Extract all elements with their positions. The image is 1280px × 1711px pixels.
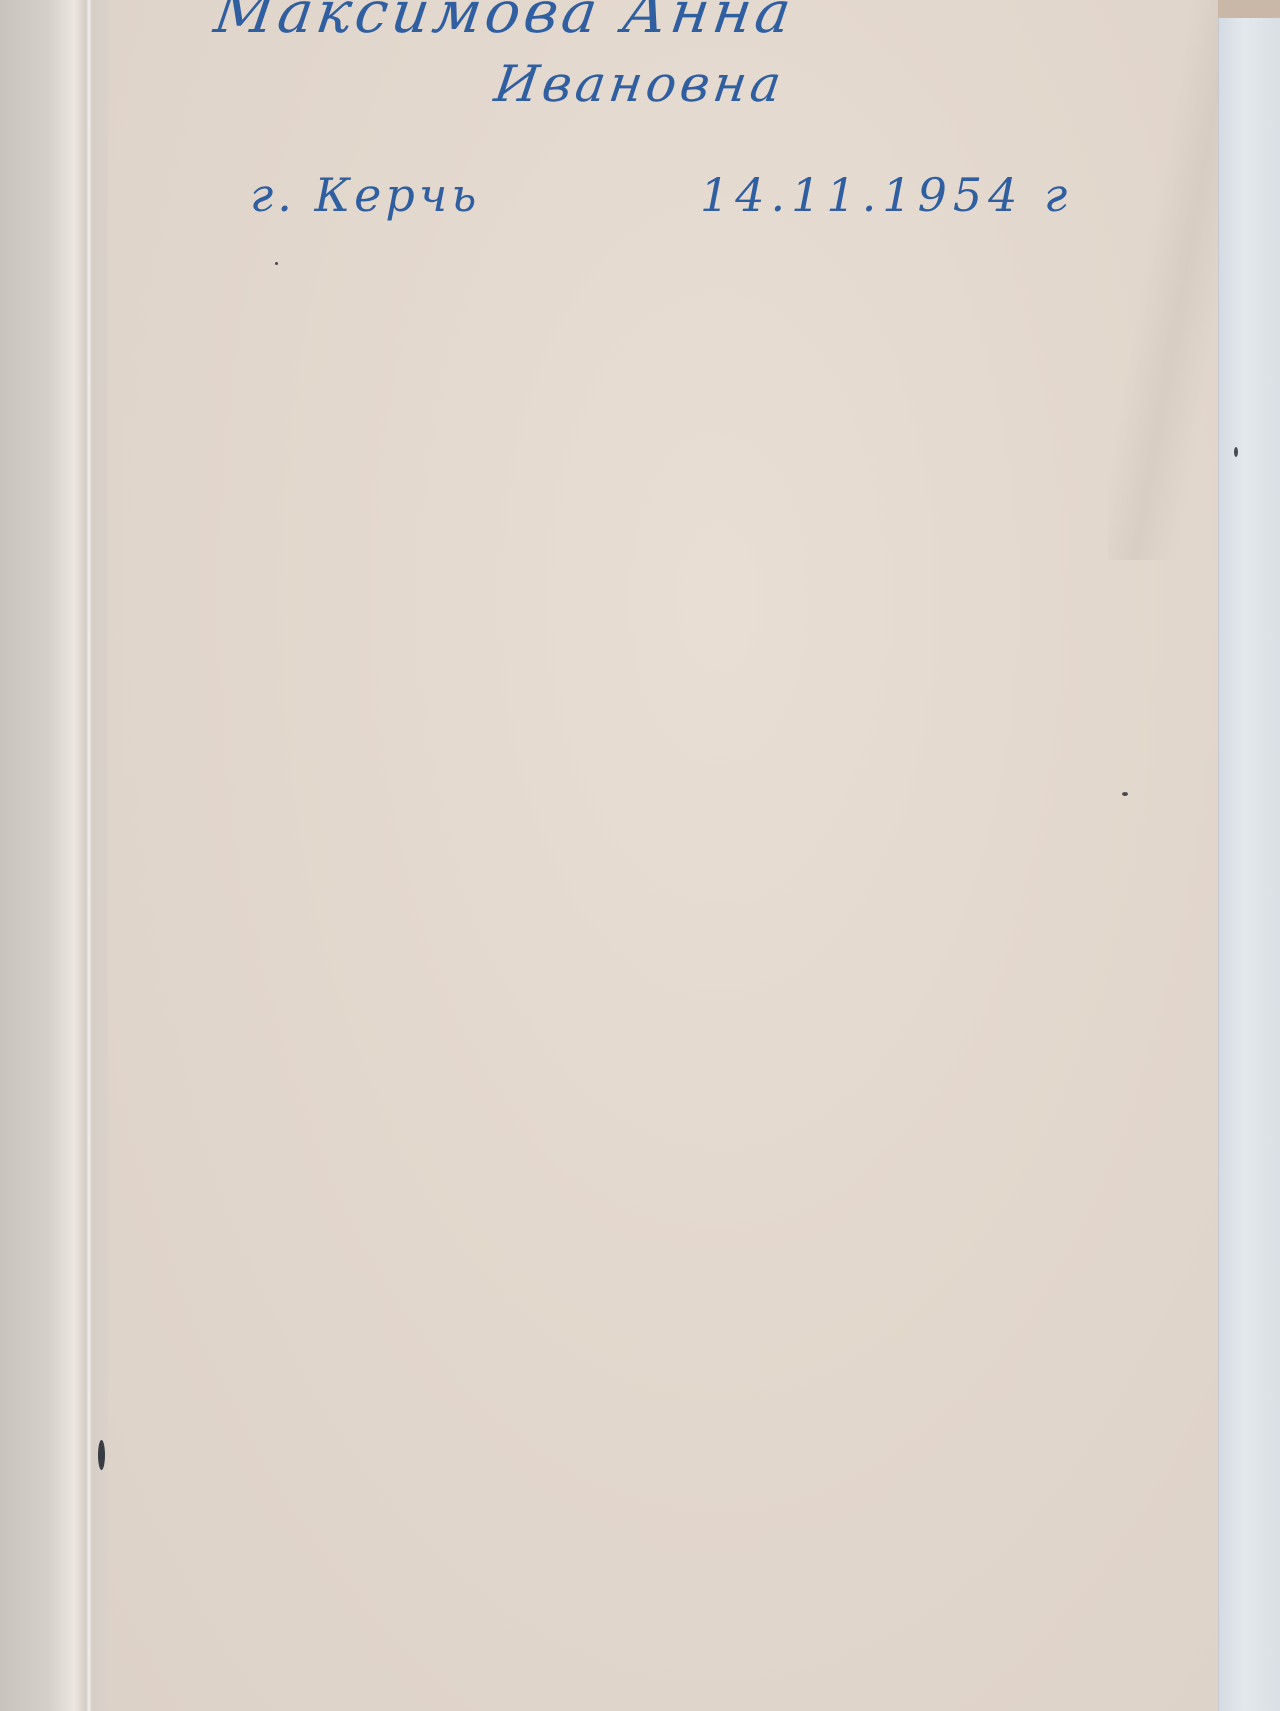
speck [275, 262, 278, 265]
inscription-place: г. Керчь [250, 168, 480, 222]
photo-background: Максимова Анна Ивановна г. Керчь 14.11.1… [0, 0, 1280, 1711]
speck [1122, 792, 1128, 796]
inscription-date: 14.11.1954 г [700, 168, 1073, 222]
table-surface [1218, 0, 1280, 20]
owner-patronymic: Ивановна [491, 55, 789, 113]
speck [1234, 447, 1238, 457]
page-fold-shadow [1108, 0, 1218, 560]
inner-page-edge [1218, 18, 1280, 1711]
spine-damage-mark [98, 1440, 105, 1470]
spine-crease [86, 0, 92, 1711]
endpaper-page [108, 0, 1218, 1711]
owner-name: Максимова Анна [210, 0, 799, 46]
